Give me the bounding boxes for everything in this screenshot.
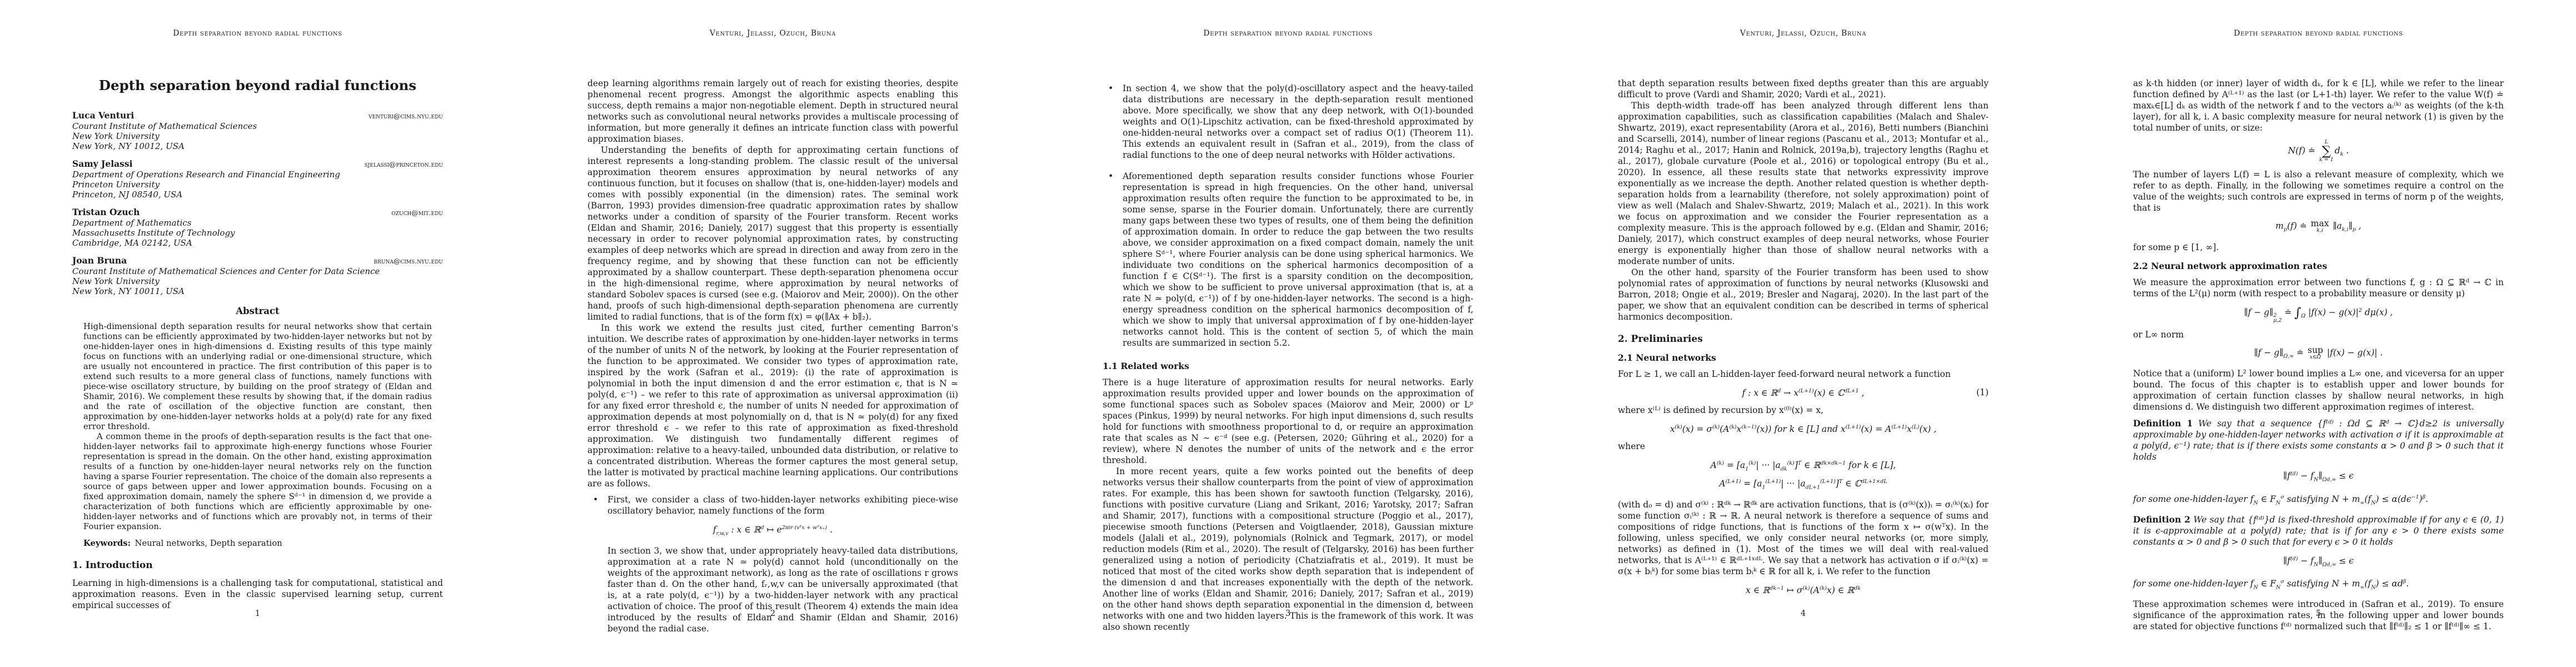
- eq-part: − f: [2298, 556, 2314, 566]
- eq-sup: dk×dk−1: [1820, 460, 1846, 466]
- body-paragraph: Learning in high-dimensions is a challen…: [72, 578, 443, 611]
- section-heading-approximation-rates: 2.2 Neural network approximation rates: [2133, 261, 2504, 272]
- author-email: ozuch@mit.edu: [391, 207, 443, 218]
- eq-sup: (L+1): [1726, 479, 1741, 485]
- author-name: Tristan Ozuch: [72, 207, 139, 217]
- running-header: Venturi, Jelassi, Ozuch, Bruna: [1618, 29, 1989, 38]
- definition-2-label: Definition 2: [2133, 514, 2190, 525]
- bullet-item: • First, we consider a class of two-hidd…: [593, 494, 958, 516]
- author-email: bruna@cims.nyu.edu: [374, 256, 443, 266]
- eq-sup: (k): [1717, 460, 1724, 466]
- eq-part: for k ∈ [L],: [1846, 460, 1896, 470]
- eq-part: f : x ∈ ℝ: [1742, 388, 1778, 398]
- bullet-text: Aforementioned depth separation results …: [1123, 171, 1473, 349]
- keywords-text: Neural networks, Depth separation: [135, 539, 282, 548]
- eq-part: − f: [2298, 471, 2314, 481]
- max-label: max: [2311, 220, 2329, 228]
- affiliation-line: Courant Institute of Mathematical Scienc…: [72, 121, 443, 131]
- eq-part: ∥f − g∥: [2244, 307, 2273, 317]
- definition-1-label: Definition 1: [2133, 418, 2193, 429]
- eq-part: .: [2406, 579, 2409, 589]
- display-equation-size: N(f) ≐ L∑k = 1dk .: [2133, 140, 2504, 163]
- equation-tag: (1): [1976, 387, 1989, 398]
- affiliation-line: New York, NY 10012, USA: [72, 141, 443, 151]
- body-paragraph: We measure the approximation error betwe…: [2133, 277, 2504, 299]
- running-header: Venturi, Jelassi, Ozuch, Bruna: [587, 29, 958, 38]
- body-paragraph: On the other hand, sparsity of the Fouri…: [1618, 267, 1989, 322]
- eq-part: : x ∈ ℝ: [729, 525, 761, 535]
- bullet-marker: •: [1108, 83, 1123, 161]
- eq-part: ∈ F: [2258, 579, 2276, 589]
- affiliation-line: Princeton University: [72, 180, 443, 190]
- eq-sup: (L+1): [1798, 388, 1814, 394]
- page-2: Venturi, Jelassi, Ozuch, Bruna deep lear…: [515, 0, 1030, 667]
- body-paragraph: where: [1618, 441, 1989, 452]
- eq-part: satisfying N + m: [2284, 494, 2360, 504]
- eq-sup: (d): [2290, 556, 2298, 562]
- eq-sup: (k): [1820, 585, 1827, 591]
- affiliation-line: New York University: [72, 131, 443, 141]
- author-name: Joan Bruna: [72, 255, 127, 266]
- eq-part: ) ≤ α(dϵ: [2376, 494, 2411, 504]
- body-paragraph: that depth separation results between fi…: [1618, 78, 1989, 100]
- eq-part: | ··· |a: [1756, 460, 1780, 470]
- eq-sub: Ω,∞: [2283, 353, 2294, 359]
- eq-sub: k,i: [2342, 227, 2349, 233]
- eq-part: x ∈ ℝ: [1746, 585, 1770, 595]
- sum-lower-limit: k = 1: [2319, 157, 2334, 163]
- affiliation-line: Princeton, NJ 08540, USA: [72, 190, 443, 200]
- eq-part: (x) ∈ ℂ: [1814, 388, 1845, 398]
- page-4-content: that depth separation results between fi…: [1618, 78, 1989, 602]
- page-number: 1: [72, 609, 443, 618]
- eq-sub: Ωd,∞: [2323, 561, 2336, 568]
- body-paragraph: deep learning algorithms remain largely …: [587, 78, 958, 145]
- bullet-item: • Aforementioned depth separation result…: [1108, 171, 1473, 349]
- keywords-line: Keywords: Neural networks, Depth separat…: [83, 539, 432, 549]
- bullet-marker: •: [593, 494, 607, 516]
- eq-part: |f(x) − g(x)| .: [2324, 347, 2383, 357]
- body-paragraph: (with d₀ = d) and σ⁽ᵏ⁾ : ℝᵈᵏ → ℝᵈᵏ are a…: [1618, 499, 1989, 577]
- eq-sup: (L+1): [1846, 424, 1861, 430]
- eq-part: dμ(x) ,: [2362, 307, 2393, 317]
- sigma-icon: ∑: [2322, 145, 2331, 157]
- abstract-block: Abstract High-dimensional depth separati…: [83, 306, 432, 549]
- abstract-paragraph: High-dimensional depth separation result…: [83, 322, 432, 432]
- running-header: Depth separation beyond radial functions: [72, 29, 443, 38]
- eq-part: ∈ ℂ: [1842, 479, 1861, 489]
- eq-part: |f(x) − g(x)|: [2305, 307, 2359, 317]
- page-number: 4: [1618, 609, 1989, 618]
- eq-sup: dk: [1854, 585, 1861, 591]
- eq-sup: 2πir (vᵀx + wᵀx₊): [782, 525, 828, 531]
- eq-part: = [a: [1724, 460, 1745, 470]
- eq-part: .: [2425, 494, 2428, 504]
- eq-part: ≤ ϵ: [2336, 471, 2354, 481]
- section-heading-neural-networks: 2.1 Neural networks: [1618, 352, 1989, 364]
- eq-supsub: 2μ,2: [2273, 313, 2281, 323]
- eq-part: ,: [2356, 221, 2361, 231]
- eq-part: | ··· |a: [1781, 479, 1805, 489]
- page-5: Depth separation beyond radial functions…: [2061, 0, 2576, 667]
- integral-operator: ∫Ω: [2294, 307, 2305, 317]
- eq-sup: (k): [1729, 424, 1736, 430]
- eq-sub: N: [2254, 500, 2258, 506]
- display-equation: A(L+1) = [a1(L+1)| ··· |adL+1(L+1)]T ∈ ℂ…: [1618, 476, 1989, 493]
- eq-sub: μ,2: [2273, 318, 2281, 323]
- keywords-label: Keywords:: [83, 539, 131, 548]
- eq-part: ∥f: [2283, 471, 2290, 481]
- eq-part: ∥: [2318, 471, 2322, 481]
- eq-part: (f: [2364, 494, 2371, 504]
- eq-part: x: [1670, 424, 1675, 434]
- running-header: Depth separation beyond radial functions: [2133, 29, 2504, 38]
- eq-sup: (k−1): [1741, 424, 1756, 430]
- definition-1-tail: for some one-hidden-layer fN ∈ FNσ satis…: [2133, 492, 2504, 509]
- eq-part: ≤ ϵ: [2336, 556, 2354, 566]
- display-equation: x ∈ ℝdk−1 ↦ σ(k)(A(k)x) ∈ ℝdk: [1618, 583, 1989, 596]
- page-2-content: deep learning algorithms remain largely …: [587, 78, 958, 634]
- display-equation-weights-norm: mp(f) ≐ maxk,i ∥ak,i∥p ,: [2133, 220, 2504, 236]
- eq-sub: N: [2276, 584, 2280, 590]
- affiliation-line: Department of Mathematics: [72, 218, 443, 228]
- paper-canvas: arXiv:2102.01621v4 [cs.LG] 22 Sep 2021 D…: [0, 0, 2576, 667]
- page-5-content: as k-th hidden (or inner) layer of width…: [2133, 78, 2504, 632]
- display-equation-l2-norm: ∥f − g∥2μ,2 ≐ ∫Ω |f(x) − g(x)|2 dμ(x) ,: [2133, 305, 2504, 323]
- eq-part: ≐: [2294, 347, 2306, 357]
- page-1: Depth separation beyond radial functions…: [0, 0, 515, 667]
- page-number: 5: [2133, 609, 2504, 618]
- eq-sub: N: [2371, 500, 2375, 506]
- eq-sup: (k): [1802, 585, 1810, 591]
- eq-sup: (k): [1787, 460, 1795, 466]
- eq-sub: 1: [1762, 484, 1766, 490]
- affiliation-line: Courant Institute of Mathematical Scienc…: [72, 266, 443, 276]
- bullet-item: • In section 4, we show that the poly(d)…: [1108, 83, 1473, 161]
- eq-part: (x)) for k ∈ [L] and x: [1757, 424, 1846, 434]
- page-number: 3: [1103, 609, 1473, 618]
- eq-part: (x) = σ: [1682, 424, 1712, 434]
- eq-part: ∥f − g∥: [2254, 347, 2284, 357]
- abstract-heading: Abstract: [83, 306, 432, 316]
- eq-sub: dk: [1781, 466, 1787, 472]
- author-block: Luca Venturiventuri@cims.nyu.edu Courant…: [72, 110, 443, 151]
- body-paragraph: In more recent years, quite a few works …: [1103, 466, 1473, 633]
- eq-sub: 1: [1745, 466, 1748, 472]
- bullet-text: In section 3, we show that, under approp…: [607, 545, 958, 634]
- eq-part: for some one-hidden-layer f: [2133, 579, 2254, 589]
- eq-sup: (k): [1675, 424, 1682, 430]
- sup-label: sup: [2308, 346, 2323, 355]
- display-equation-def1: ∥f(d) − fN∥Ωd,∞ ≤ ϵ: [2133, 469, 2504, 485]
- eq-part: N(f) ≐: [2288, 146, 2318, 156]
- body-paragraph: In this work we extend the results just …: [587, 322, 958, 489]
- eq-part: → x: [1781, 388, 1798, 398]
- integral-icon: ∫: [2294, 306, 2301, 320]
- display-equation: fr,w,v : x ∈ ℝd ↦ e2πir (vᵀx + wᵀx₊) .: [587, 522, 958, 539]
- body-paragraph: There is a huge literature of approximat…: [1103, 377, 1473, 466]
- body-paragraph: where x⁽ᴸ⁾ is defined by recursion by x⁽…: [1618, 405, 1989, 416]
- author-name: Samy Jelassi: [72, 158, 133, 169]
- definition-2-tail: for some one-hidden-layer fN ∈ FNσ satis…: [2133, 576, 2504, 593]
- eq-sub: Ωd,∞: [2323, 477, 2336, 483]
- display-equation-sup-norm: ∥f − g∥Ω,∞ ≐ supx∈Ω |f(x) − g(x)| .: [2133, 346, 2504, 362]
- sup-subscript: x∈Ω: [2310, 355, 2321, 360]
- eq-part: d: [2335, 146, 2340, 156]
- author-block: Joan Brunabruna@cims.nyu.edu Courant Ins…: [72, 255, 443, 296]
- eq-sup: dL+1: [1844, 388, 1858, 394]
- eq-part: ∥: [2318, 556, 2322, 566]
- eq-part: ∥a: [2330, 221, 2341, 231]
- section-heading-introduction: 1. Introduction: [72, 560, 443, 571]
- abstract-paragraph: A common theme in the proofs of depth-se…: [83, 432, 432, 532]
- body-paragraph: This depth-width trade-off has been anal…: [1618, 100, 1989, 267]
- author-block: Tristan Ozuchozuch@mit.edu Department of…: [72, 207, 443, 248]
- page-3: Depth separation beyond radial functions…: [1030, 0, 1546, 667]
- bullet-continuation: In section 3, we show that, under approp…: [593, 545, 958, 634]
- eq-part: .: [2343, 146, 2349, 156]
- eq-part: = [a: [1741, 479, 1762, 489]
- eq-part: ≐: [2282, 307, 2295, 317]
- page-3-content: • In section 4, we show that the poly(d)…: [1103, 78, 1473, 633]
- eq-part: ↦ e: [764, 525, 782, 535]
- page-4: Venturi, Jelassi, Ozuch, Bruna that dept…: [1546, 0, 2061, 667]
- eq-sup: (d): [2290, 471, 2298, 477]
- display-equation: A(k) = [a1(k)| ··· |adk(k)]T ∈ ℝdk×dk−1 …: [1618, 458, 1989, 475]
- body-paragraph: or L∞ norm: [2133, 329, 2504, 340]
- running-header: Depth separation beyond radial functions: [1103, 29, 1473, 38]
- definition-2: Definition 2 We say that {f⁽ᵈ⁾}d is fixe…: [2133, 514, 2504, 547]
- paper-title: Depth separation beyond radial functions: [72, 80, 443, 91]
- author-email: sjelassi@princeton.edu: [365, 159, 443, 170]
- eq-sup: (k): [1712, 424, 1720, 430]
- eq-sup: −1: [2411, 494, 2419, 500]
- display-equation: x(k)(x) = σ(k)(A(k)x(k−1)(x)) for k ∈ [L…: [1618, 422, 1989, 435]
- eq-sub: dL+1: [1806, 484, 1820, 490]
- eq-part: .: [827, 525, 833, 535]
- eq-part: ,: [1859, 388, 1865, 398]
- eq-sup: (L+1): [1820, 479, 1836, 485]
- eq-part: x) ∈ ℝ: [1827, 585, 1854, 595]
- affiliation-line: New York University: [72, 276, 443, 286]
- display-equation-1: f : x ∈ ℝd → x(L+1)(x) ∈ ℂdL+1 , (1): [1618, 386, 1989, 399]
- affiliation-line: Massachusetts Institute of Technology: [72, 228, 443, 238]
- eq-part: (f: [2364, 579, 2371, 589]
- bullet-text: In section 4, we show that the poly(d)-o…: [1123, 83, 1473, 161]
- max-operator: maxk,i: [2311, 220, 2329, 233]
- page-1-content: Depth separation beyond radial functions…: [72, 78, 443, 611]
- eq-part: ) ≤ αd: [2376, 579, 2403, 589]
- body-paragraph: Understanding the benefits of depth for …: [587, 145, 958, 322]
- eq-part: A: [1711, 460, 1717, 470]
- eq-sup: (k): [1748, 460, 1756, 466]
- eq-part: m: [2275, 221, 2284, 231]
- eq-sub: N: [2371, 584, 2375, 590]
- bullet-spacer: [593, 545, 607, 634]
- body-paragraph: For L ≥ 1, we call an L-hidden-layer fee…: [1618, 369, 1989, 380]
- section-heading-related-works: 1.1 Related works: [1103, 361, 1473, 372]
- eq-part: ∈ F: [2258, 494, 2276, 504]
- eq-sup: dL+1×dL: [1861, 479, 1887, 485]
- eq-part: satisfying N + m: [2284, 579, 2360, 589]
- sup-operator: supx∈Ω: [2308, 346, 2323, 360]
- eq-part: ∈ ℝ: [1801, 460, 1820, 470]
- body-paragraph: as k-th hidden (or inner) layer of width…: [2133, 78, 2504, 133]
- eq-sub: r,w,v: [716, 530, 729, 536]
- body-paragraph: The number of layers L(f) = L is also a …: [2133, 169, 2504, 213]
- author-name: Luca Venturi: [72, 110, 134, 121]
- affiliation-line: Department of Operations Research and Fi…: [72, 170, 443, 180]
- eq-sup: (L+1): [1766, 479, 1781, 485]
- max-subscript: k,i: [2316, 228, 2323, 233]
- definition-1: Definition 1 We say that a sequence {f⁽ᵈ…: [2133, 418, 2504, 462]
- eq-sub: N: [2276, 500, 2280, 506]
- affiliation-line: New York, NY 10011, USA: [72, 286, 443, 296]
- display-equation-def2: ∥f(d) − fN∥Ωd,∞ ≤ ϵ: [2133, 554, 2504, 570]
- sum-operator: L∑k = 1: [2319, 140, 2334, 163]
- author-block: Samy Jelassisjelassi@princeton.edu Depar…: [72, 158, 443, 200]
- eq-sup: (L+1): [1891, 424, 1907, 430]
- eq-part: A: [1719, 479, 1725, 489]
- section-heading-preliminaries: 2. Preliminaries: [1618, 333, 1989, 345]
- eq-sup: (L): [1912, 424, 1920, 430]
- eq-part: ∥: [2349, 221, 2353, 231]
- eq-part: for some one-hidden-layer f: [2133, 494, 2254, 504]
- page-number: 2: [587, 609, 958, 618]
- eq-part: x: [1907, 424, 1912, 434]
- eq-part: (A: [1720, 424, 1729, 434]
- eq-part: (A: [1810, 585, 1820, 595]
- eq-part: ↦ σ: [1784, 585, 1802, 595]
- body-paragraph: Notice that a (uniform) L² lower bound i…: [2133, 368, 2504, 412]
- eq-part: ∥f: [2283, 556, 2290, 566]
- eq-part: (f) ≐: [2287, 221, 2310, 231]
- author-email: venturi@cims.nyu.edu: [368, 111, 443, 121]
- eq-part: (x) = A: [1861, 424, 1891, 434]
- bullet-marker: •: [1108, 171, 1123, 349]
- affiliation-line: Cambridge, MA 02142, USA: [72, 238, 443, 248]
- eq-sup: dk−1: [1770, 585, 1784, 591]
- body-paragraph: for some p ∈ [1, ∞].: [2133, 242, 2504, 253]
- eq-part: (x) ,: [1919, 424, 1936, 434]
- bullet-text: First, we consider a class of two-hidden…: [607, 494, 958, 516]
- eq-sub: N: [2254, 584, 2258, 590]
